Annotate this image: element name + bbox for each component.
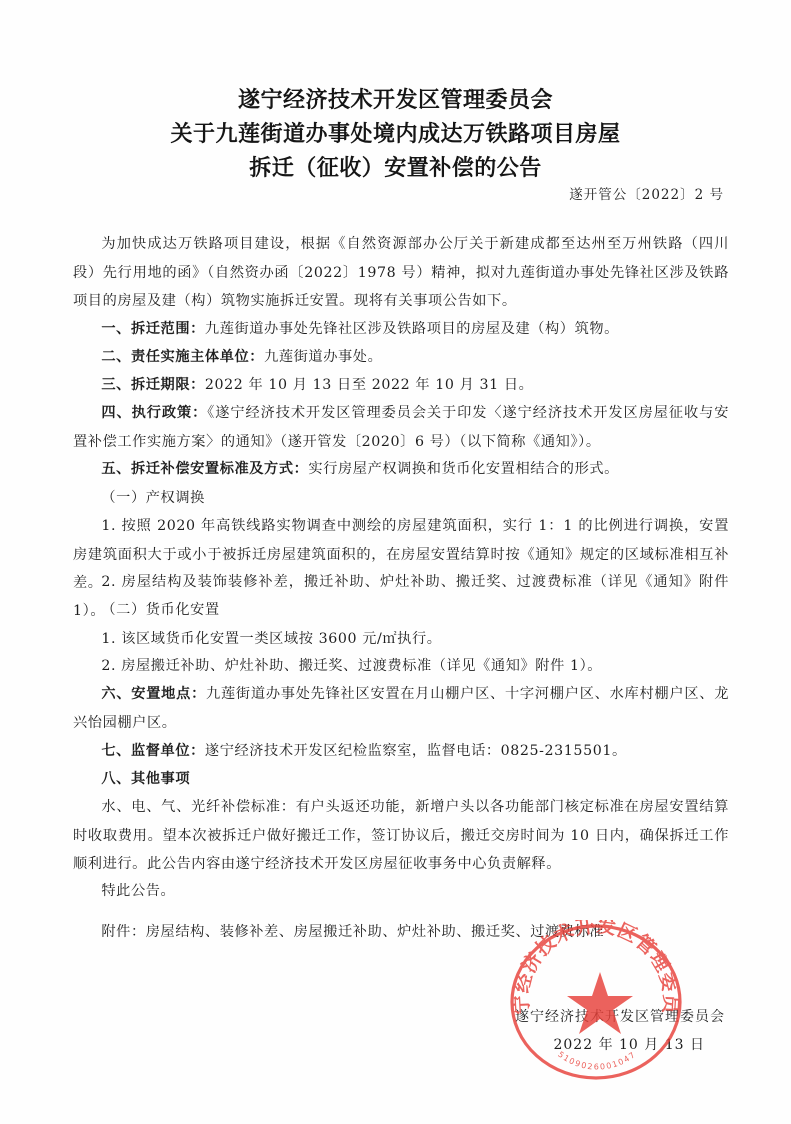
section-text: 九莲街道办事处。	[264, 349, 382, 365]
signature-org: 遂宁经济技术开发区管理委员会	[515, 1006, 725, 1026]
section-4: 四、执行政策：《遂宁经济技术开发区管理委员会关于印发〈遂宁经济技术开发区房屋征收…	[73, 399, 729, 456]
attachment-text: 附件：房屋结构、装修补差、房屋搬迁补助、炉灶补助、搬迁奖、过渡费标准	[73, 918, 729, 947]
document-number: 遂开管公〔2022〕2 号	[569, 183, 724, 203]
section-text: 实行房屋产权调换和货币化安置相结合的形式。	[308, 461, 619, 477]
section-6: 六、安置地点：九莲街道办事处先锋社区安置在月山棚户区、十字河棚户区、水库村棚户区…	[73, 680, 729, 737]
section-1: 一、拆迁范围：九莲街道办事处先锋社区涉及铁路项目的房屋及建（构）筑物。	[73, 315, 729, 344]
subsection-1-heading: （一）产权调换	[73, 484, 729, 513]
subsection-2-heading: （二）货币化安置	[73, 596, 729, 625]
section-heading: 二、责任实施主体单位：	[101, 349, 264, 365]
section-heading: 五、拆迁补偿安置标准及方式：	[101, 461, 308, 477]
section-5: 五、拆迁补偿安置标准及方式：实行房屋产权调换和货币化安置相结合的形式。	[73, 455, 729, 484]
section-text: 遂宁经济技术开发区纪检监察室，监督电话：0825-2315501。	[205, 743, 627, 759]
section-3: 三、拆迁期限：2022 年 10 月 13 日至 2022 年 10 月 31 …	[73, 371, 729, 400]
subsection-2-item-2: 2. 房屋搬迁补助、炉灶补助、搬迁奖、过渡费标准（详见《通知》附件 1）。	[73, 652, 729, 681]
section-7: 七、监督单位：遂宁经济技术开发区纪检监察室，监督电话：0825-2315501。	[73, 737, 729, 766]
section-heading: 六、安置地点：	[101, 686, 206, 702]
section-2: 二、责任实施主体单位：九莲街道办事处。	[73, 343, 729, 372]
section-8: 八、其他事项	[73, 765, 729, 794]
title-line-2: 关于九莲街道办事处境内成达万铁路项目房屋	[0, 117, 791, 148]
section-heading: 四、执行政策：	[101, 405, 207, 421]
title-line-3: 拆迁（征收）安置补偿的公告	[0, 151, 791, 182]
title-line-1: 遂宁经济技术开发区管理委员会	[0, 83, 791, 114]
section-heading: 一、拆迁范围：	[101, 321, 205, 337]
section-heading: 七、监督单位：	[101, 743, 205, 759]
closing-text: 特此公告。	[73, 877, 729, 906]
section-heading: 八、其他事项	[101, 771, 190, 787]
subsection-2-item-1: 1. 该区域货币化安置一类区域按 3600 元/㎡执行。	[73, 625, 729, 654]
intro-paragraph: 为加快成达万铁路项目建设，根据《自然资源部办公厅关于新建成都至达州至万州铁路（四…	[73, 230, 729, 316]
other-matters-text: 水、电、气、光纤补偿标准：有户头返还功能，新增户头以各功能部门核定标准在房屋安置…	[73, 793, 729, 879]
document-page: 遂宁经济技术开发区管理委员会 关于九莲街道办事处境内成达万铁路项目房屋 拆迁（征…	[0, 0, 791, 1124]
section-text: 2022 年 10 月 13 日至 2022 年 10 月 31 日。	[205, 377, 534, 393]
section-text: 九莲街道办事处先锋社区涉及铁路项目的房屋及建（构）筑物。	[205, 321, 619, 337]
signature-date: 2022 年 10 月 13 日	[553, 1034, 705, 1054]
section-heading: 三、拆迁期限：	[101, 377, 205, 393]
